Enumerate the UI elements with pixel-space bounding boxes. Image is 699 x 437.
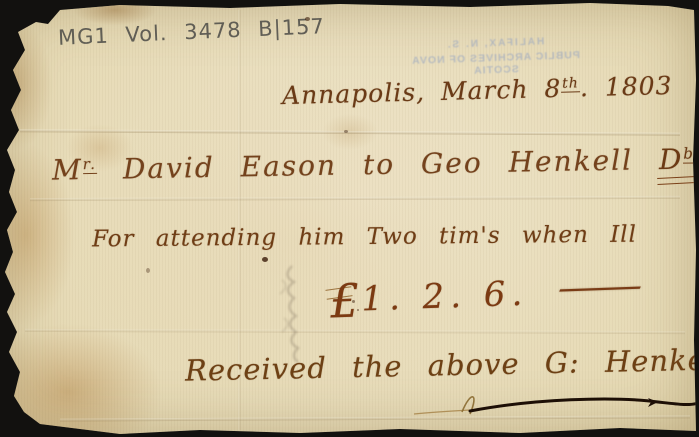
document-scan: MG1 Vol. 3478 B|157 HALIFAX, N. S. PUBLI… [0, 0, 699, 437]
ink-speck [344, 130, 348, 133]
amount-figures: 1. 2. 6. [361, 274, 529, 320]
paper: MG1 Vol. 3478 B|157 HALIFAX, N. S. PUBLI… [0, 0, 699, 437]
debit-abbreviation: Dbt [659, 142, 699, 176]
signature-flourish [408, 390, 699, 428]
salutation-superscript: r. [82, 155, 97, 174]
date-year: . 1803 [580, 71, 673, 102]
salutation: M [52, 153, 83, 187]
fold-crease [25, 329, 685, 334]
stamp-line-halifax: HALIFAX, N. S. [387, 34, 602, 52]
ink-speck [146, 268, 150, 273]
fold-crease [60, 415, 690, 421]
fold-crease [20, 129, 680, 135]
amount-line: £1. 2. 6.— [329, 271, 590, 320]
received-line: Received the above G: Henkell [185, 342, 699, 387]
archival-note: MG1 Vol. 3478 B|157 [58, 14, 326, 50]
fold-crease [30, 196, 680, 201]
date-place-day: Annapolis, March 8 [282, 74, 562, 110]
debit-superscript: bt [683, 144, 699, 163]
date-line: Annapolis, March 8th. 1803 [282, 71, 673, 110]
bill-body: David Eason to Geo Henkell [97, 143, 660, 186]
date-ordinal: th [561, 75, 580, 92]
amount-dash: — [555, 266, 645, 309]
service-line: For attending him Two tim's when Ill [92, 222, 637, 253]
bill-line: Mr. David Eason to Geo Henkell Dbt [52, 142, 699, 186]
pound-sign: £ [329, 273, 362, 328]
ink-blot [262, 257, 268, 262]
